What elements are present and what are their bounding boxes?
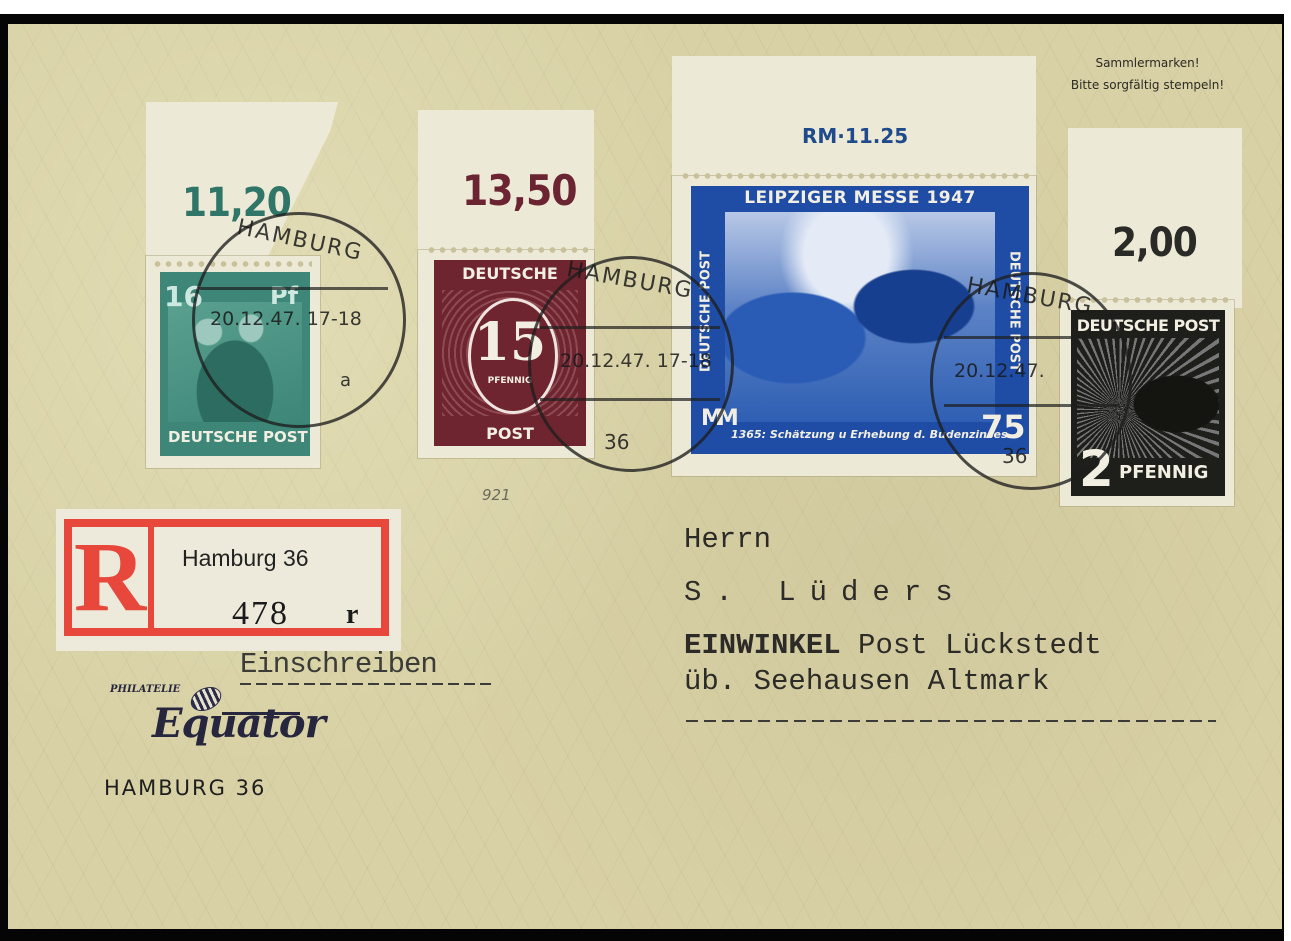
sheet-margin-4 bbox=[1068, 128, 1242, 308]
sheet-margin-value-4: 2,00 bbox=[1112, 220, 1197, 266]
sender-brand-script: Equator bbox=[152, 700, 325, 747]
sheet-margin-value-3: RM·11.25 bbox=[802, 124, 908, 148]
postmark-2-bar-bottom bbox=[540, 398, 720, 401]
recipient-name: S. Lüders bbox=[684, 575, 1102, 628]
stamp-title-3: LEIPZIGER MESSE 1947 bbox=[691, 188, 1029, 208]
stamp-inscription-1: DEUTSCHE POST bbox=[168, 428, 302, 446]
sheet-margin-3 bbox=[672, 56, 1036, 186]
perforation-2 bbox=[426, 246, 588, 254]
stamp-inscription-top-2: DEUTSCHE bbox=[434, 264, 586, 283]
sender-city: HAMBURG 36 bbox=[104, 776, 266, 800]
postmark-1-sub: a bbox=[340, 370, 351, 391]
registered-mark-text: Einschreiben bbox=[240, 648, 494, 681]
recipient-line2: üb. Seehausen Altmark bbox=[684, 664, 1102, 700]
registration-suffix: r bbox=[346, 599, 358, 631]
postmark-3-district: 36 bbox=[1002, 444, 1027, 468]
perforation-3 bbox=[680, 172, 1030, 180]
recipient-post-office: Post Lückstedt bbox=[858, 629, 1102, 662]
sheet-margin-value-2: 13,50 bbox=[462, 166, 577, 215]
postmark-2-bar-top bbox=[540, 326, 720, 329]
sender-brand-underline bbox=[222, 712, 300, 715]
collector-note-line1: Sammlermarken! bbox=[1040, 52, 1255, 74]
registration-letter: R bbox=[70, 523, 150, 631]
pencil-note: 921 bbox=[482, 486, 511, 504]
postmark-3-bar-bottom bbox=[944, 404, 1120, 407]
recipient-underline bbox=[686, 720, 1216, 722]
registered-mark: Einschreiben bbox=[240, 648, 494, 685]
postmark-3-date: 20.12.47. bbox=[954, 360, 1045, 382]
postmark-1-date: 20.12.47. 17-18 bbox=[210, 308, 362, 330]
stamp-unit-4: PFENNIG bbox=[1119, 462, 1208, 483]
registration-number: 478 bbox=[232, 595, 289, 633]
recipient-salutation: Herrn bbox=[684, 522, 1102, 575]
recipient-line1: EINWINKEL Post Lückstedt bbox=[684, 628, 1102, 664]
registered-mark-underline bbox=[240, 683, 494, 685]
postmark-3-bar-top bbox=[944, 336, 1120, 339]
collector-note-line2: Bitte sorgfältig stempeln! bbox=[1040, 74, 1255, 96]
registration-label: R Hamburg 36 478 r bbox=[56, 509, 401, 651]
postmark-2-date: 20.12.47. 17-18 bbox=[560, 350, 712, 372]
collector-note: Sammlermarken! Bitte sorgfältig stempeln… bbox=[1040, 52, 1255, 96]
recipient-address: Herrn S. Lüders EINWINKEL Post Lückstedt… bbox=[684, 522, 1102, 700]
postmark-2-district: 36 bbox=[604, 430, 629, 454]
sender-brand-small: PHILATELIE bbox=[110, 684, 180, 695]
postmark-1-bar-top bbox=[198, 287, 388, 290]
recipient-locality: EINWINKEL bbox=[684, 629, 841, 662]
registration-office: Hamburg 36 bbox=[182, 545, 309, 572]
